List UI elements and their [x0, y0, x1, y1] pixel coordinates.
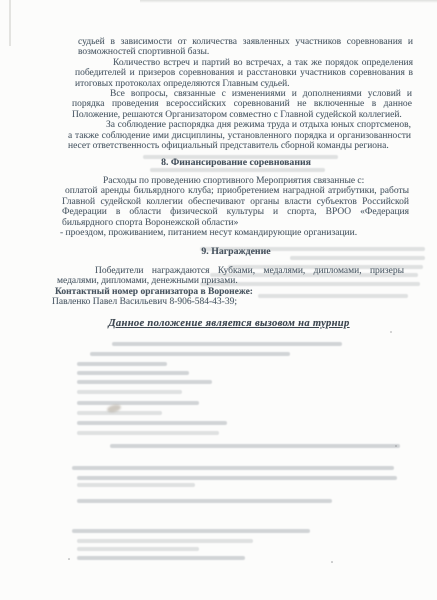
paragraph-financing-intro: Расходы по проведению спортивного Меропр…	[63, 176, 411, 186]
footer-statement: Данное положение является вызовом на тур…	[21, 319, 437, 329]
contact-phone: Павленко Павел Васильевич 8-906-584-43-3…	[52, 297, 437, 307]
paragraph-awards-winners: Победители награждаются Кубками, медалям…	[57, 266, 404, 287]
section-9-heading: 9. Награждение	[55, 247, 417, 257]
scanned-document-page: судьей в зависимости от количества заявл…	[0, 0, 437, 600]
paragraph-financing-expenses: оплатой аренды бильярдного клуба; приобр…	[62, 186, 409, 228]
paragraph-matches-count: Количество встреч и партий во встречах, …	[75, 58, 413, 89]
contact-label: Контактный номер организатора в Воронеже…	[55, 287, 437, 297]
paragraph-discipline-responsibility: За соблюдение распорядка дня режима труд…	[68, 120, 411, 151]
paragraph-continuation: судьей в зависимости от количества заявл…	[78, 37, 413, 58]
paragraph-rule-changes: Все вопросы, связанные с изменениями и д…	[72, 89, 412, 120]
section-8-heading: 8. Финансирование соревнования	[55, 158, 417, 168]
document-text: судьей в зависимости от количества заявл…	[0, 0, 437, 600]
paragraph-financing-travel: - проездом, проживанием, питанием несут …	[60, 228, 437, 238]
